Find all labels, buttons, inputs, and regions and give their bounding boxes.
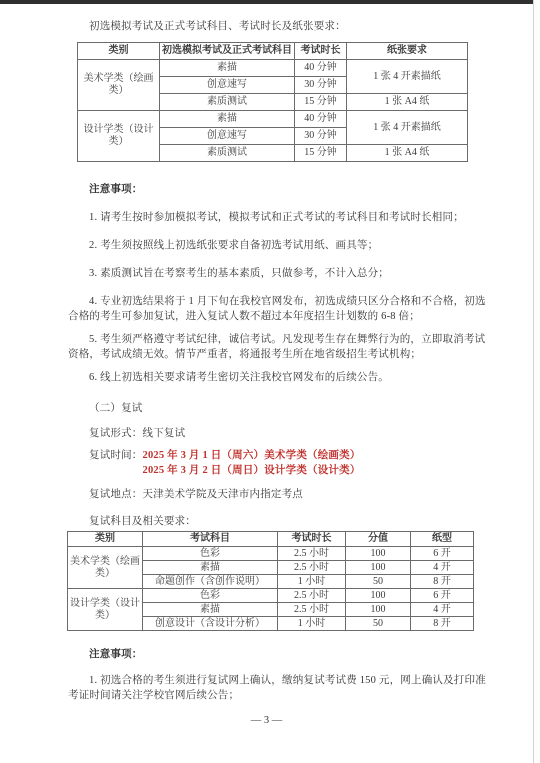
duration-cell: 2.5 小时 xyxy=(278,603,346,617)
paper-size-cell: 4 开 xyxy=(411,561,474,575)
retest-location-line: 复试地点：天津美术学院及天津市内指定考点 xyxy=(68,487,489,502)
score-cell: 100 xyxy=(346,603,411,617)
paper-cell: 1 张 A4 纸 xyxy=(347,145,468,162)
col-header-duration: 考试时长 xyxy=(278,532,346,547)
retest-time-block: 复试时间： 2025 年 3 月 1 日（周六）美术学类（绘画类） 2025 年… xyxy=(68,448,489,478)
duration-cell: 15 分钟 xyxy=(295,145,347,162)
note-item-1: 1. 请考生按时参加模拟考试，模拟考试和正式考试的考试科目和考试时长相同； xyxy=(68,210,489,225)
preliminary-exam-table: 类别 初选模拟考试及正式考试科目 考试时长 纸张要求 美术学类（绘画类） 素描 … xyxy=(77,42,468,162)
table2-intro-line: 复试科目及相关要求： xyxy=(68,514,489,529)
col-header-duration: 考试时长 xyxy=(295,43,347,60)
duration-cell: 30 分钟 xyxy=(295,77,347,94)
paper-size-cell: 6 开 xyxy=(411,547,474,561)
retest-time-label: 复试时间： xyxy=(89,448,143,478)
subject-cell: 色彩 xyxy=(143,589,278,603)
col-header-category: 类别 xyxy=(78,43,160,60)
document-page: 初选模拟考试及正式考试科目、考试时长及纸张要求： 类别 初选模拟考试及正式考试科… xyxy=(0,0,533,763)
paper-size-cell: 8 开 xyxy=(411,617,474,631)
subject-cell: 素描 xyxy=(143,603,278,617)
col-header-paper-size: 纸型 xyxy=(411,532,474,547)
category-cell: 设计学类（设计类） xyxy=(68,589,143,631)
subject-cell: 命题创作（含创作说明） xyxy=(143,575,278,589)
duration-cell: 30 分钟 xyxy=(295,128,347,145)
note-item-3: 3. 素质测试旨在考察考生的基本素质，只做参考，不计入总分； xyxy=(68,266,489,281)
note-item-6: 6. 线上初选相关要求请考生密切关注我校官网发布的后续公告。 xyxy=(68,370,489,385)
subject-cell: 素质测试 xyxy=(160,94,295,111)
col-header-paper: 纸张要求 xyxy=(347,43,468,60)
duration-cell: 15 分钟 xyxy=(295,94,347,111)
document-viewer: 初选模拟考试及正式考试科目、考试时长及纸张要求： 类别 初选模拟考试及正式考试科… xyxy=(0,0,540,763)
page-number: — 3 — xyxy=(44,713,489,728)
category-cell: 美术学类（绘画类） xyxy=(68,547,143,589)
scrollbar-track[interactable] xyxy=(533,0,540,763)
table-row: 美术学类（绘画类） 色彩 2.5 小时 100 6 开 xyxy=(68,547,474,561)
note-item-4: 4. 专业初选结果将于 1 月下旬在我校官网发布，初选成绩只区分合格和不合格，初… xyxy=(68,294,489,324)
score-cell: 100 xyxy=(346,561,411,575)
category-cell: 美术学类（绘画类） xyxy=(78,60,160,111)
retest-form-line: 复试形式：线下复试 xyxy=(68,426,489,441)
table-row: 设计学类（设计类） 色彩 2.5 小时 100 6 开 xyxy=(68,589,474,603)
paper-size-cell: 4 开 xyxy=(411,603,474,617)
score-cell: 50 xyxy=(346,575,411,589)
table-header-row: 类别 考试科目 考试时长 分值 纸型 xyxy=(68,532,474,547)
duration-cell: 1 小时 xyxy=(278,617,346,631)
notes2-heading: 注意事项： xyxy=(68,647,489,662)
col-header-subject: 初选模拟考试及正式考试科目 xyxy=(160,43,295,60)
score-cell: 100 xyxy=(346,547,411,561)
note-item-2: 2. 考生须按照线上初选纸张要求自备初选考试用纸、画具等； xyxy=(68,238,489,253)
retest-time-line-1: 2025 年 3 月 1 日（周六）美术学类（绘画类） xyxy=(143,448,361,463)
paper-cell: 1 张 A4 纸 xyxy=(347,94,468,111)
col-header-score: 分值 xyxy=(346,532,411,547)
table-row: 美术学类（绘画类） 素描 40 分钟 1 张 4 开素描纸 xyxy=(78,60,468,77)
duration-cell: 2.5 小时 xyxy=(278,589,346,603)
duration-cell: 40 分钟 xyxy=(295,111,347,128)
paper-size-cell: 8 开 xyxy=(411,575,474,589)
duration-cell: 40 分钟 xyxy=(295,60,347,77)
subject-cell: 素质测试 xyxy=(160,145,295,162)
subject-cell: 创意速写 xyxy=(160,77,295,94)
table-header-row: 类别 初选模拟考试及正式考试科目 考试时长 纸张要求 xyxy=(78,43,468,60)
table1-intro-line: 初选模拟考试及正式考试科目、考试时长及纸张要求： xyxy=(68,19,489,34)
note-item-5: 5. 考生须严格遵守考试纪律，诚信考试。凡发现考生存在舞弊行为的，立即取消考试资… xyxy=(68,332,489,362)
category-cell: 设计学类（设计类） xyxy=(78,111,160,162)
col-header-category: 类别 xyxy=(68,532,143,547)
duration-cell: 2.5 小时 xyxy=(278,547,346,561)
subject-cell: 素描 xyxy=(160,60,295,77)
col-header-subject: 考试科目 xyxy=(143,532,278,547)
duration-cell: 2.5 小时 xyxy=(278,561,346,575)
subject-cell: 素描 xyxy=(160,111,295,128)
retest-time-line-2: 2025 年 3 月 2 日（周日）设计学类（设计类） xyxy=(143,463,361,478)
section-heading-retest: （二）复试 xyxy=(68,401,489,416)
subject-cell: 创意速写 xyxy=(160,128,295,145)
score-cell: 50 xyxy=(346,617,411,631)
notes2-item-1: 1. 初选合格的考生须进行复试网上确认，缴纳复试考试费 150 元，网上确认及打… xyxy=(68,673,489,703)
paper-cell: 1 张 4 开素描纸 xyxy=(347,111,468,145)
retest-exam-table: 类别 考试科目 考试时长 分值 纸型 美术学类（绘画类） 色彩 2.5 小时 1… xyxy=(67,531,474,631)
subject-cell: 色彩 xyxy=(143,547,278,561)
duration-cell: 1 小时 xyxy=(278,575,346,589)
retest-time-lines: 2025 年 3 月 1 日（周六）美术学类（绘画类） 2025 年 3 月 2… xyxy=(143,448,361,478)
subject-cell: 素描 xyxy=(143,561,278,575)
score-cell: 100 xyxy=(346,589,411,603)
subject-cell: 创意设计（含设计分析） xyxy=(143,617,278,631)
table-row: 设计学类（设计类） 素描 40 分钟 1 张 4 开素描纸 xyxy=(78,111,468,128)
paper-cell: 1 张 4 开素描纸 xyxy=(347,60,468,94)
paper-size-cell: 6 开 xyxy=(411,589,474,603)
notes-heading: 注意事项： xyxy=(68,182,489,197)
